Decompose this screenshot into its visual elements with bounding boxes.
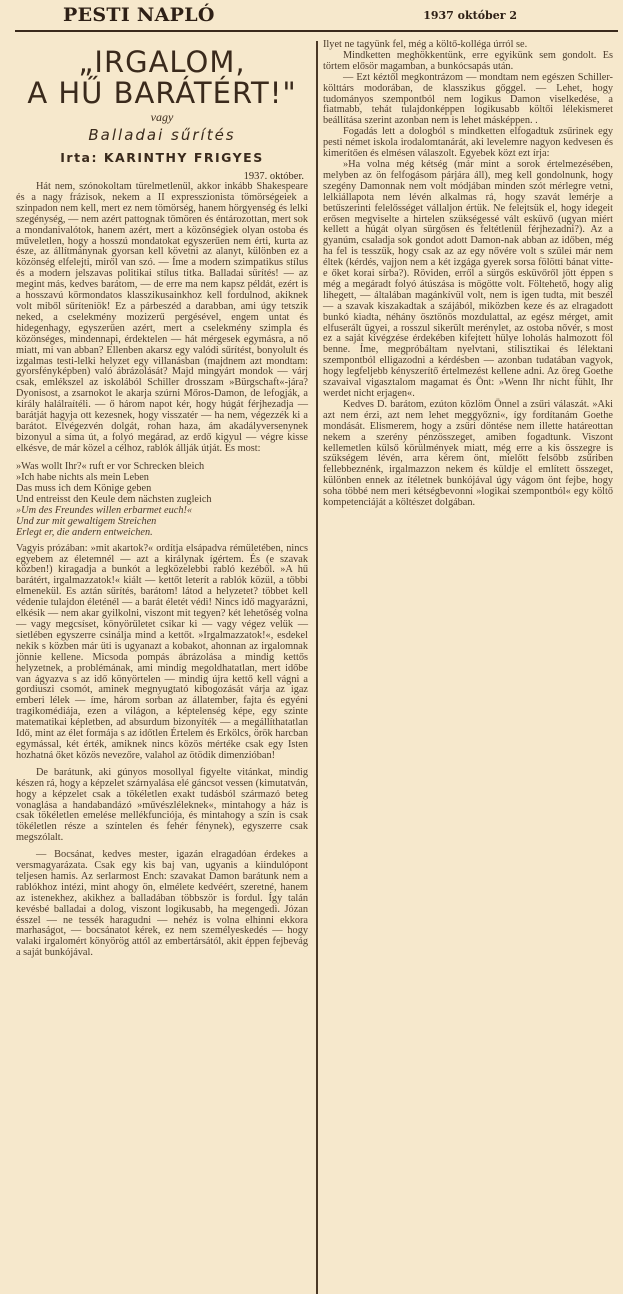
paragraph: Fogadás lett a dologból s mindketten elf… bbox=[323, 127, 613, 160]
byline: Irta: KARINTHY FRIGYES bbox=[16, 150, 308, 165]
paragraph: Vagyis prózában: »mit akartok?« ordítja … bbox=[16, 544, 308, 762]
poem-line: »Um des Freundes willen erbarmet euch!« bbox=[16, 505, 308, 516]
paragraph: Mindketten meghökkentünk, erre egyikünk … bbox=[323, 51, 613, 73]
newspaper-header: PESTI NAPLÓ 1937 október 2 bbox=[0, 0, 623, 32]
left-column: „IRGALOM, A HŰ BARÁTÉRT!" vagy Balladai … bbox=[16, 40, 308, 959]
title-line-2: A HŰ BARÁTÉRT!" bbox=[16, 78, 308, 109]
poem-line: »Was wollt Ihr?« ruft er vor Schrecken b… bbox=[16, 461, 308, 472]
paragraph: Hát nem, szónokoltam türelmetlenül, akko… bbox=[16, 182, 308, 455]
header-rule bbox=[15, 30, 618, 32]
paragraph: — Ezt kéztől megkontrázom — mondtam nem … bbox=[323, 73, 613, 128]
poem-line: »Ich habe nichts als mein Leben bbox=[16, 472, 308, 483]
poem-line: Das muss ich dem Könige geben bbox=[16, 483, 308, 494]
poem-quote: »Was wollt Ihr?« ruft er vor Schrecken b… bbox=[16, 461, 308, 538]
poem-line: Erlegt er, die andern entweichen. bbox=[16, 527, 308, 538]
masthead: PESTI NAPLÓ bbox=[63, 4, 215, 26]
right-column: Ilyet ne tagyünk fel, még a költő-kollég… bbox=[323, 40, 613, 509]
paragraph: — Bocsánat, kedves mester, igazán elraga… bbox=[16, 850, 308, 959]
poem-line: Und entreisst den Keule dem nächsten zug… bbox=[16, 494, 308, 505]
paragraph: De barátunk, aki gúnyos mosollyal figyel… bbox=[16, 768, 308, 844]
article-subtitle: Balladai sűrítés bbox=[16, 126, 308, 144]
article-title: „IRGALOM, A HŰ BARÁTÉRT!" bbox=[16, 47, 308, 109]
issue-date: 1937 október 2 bbox=[423, 9, 517, 22]
paragraph: »Ha volna még kétség (már mint a sorok é… bbox=[323, 160, 613, 400]
column-divider bbox=[316, 41, 318, 1294]
title-line-1: „IRGALOM, bbox=[16, 47, 308, 78]
title-connector: vagy bbox=[16, 110, 308, 125]
poem-line: Und zur mit gewaltigem Streichen bbox=[16, 516, 308, 527]
paragraph: Kedves D. barátom, ezúton közlöm Önnel a… bbox=[323, 400, 613, 509]
